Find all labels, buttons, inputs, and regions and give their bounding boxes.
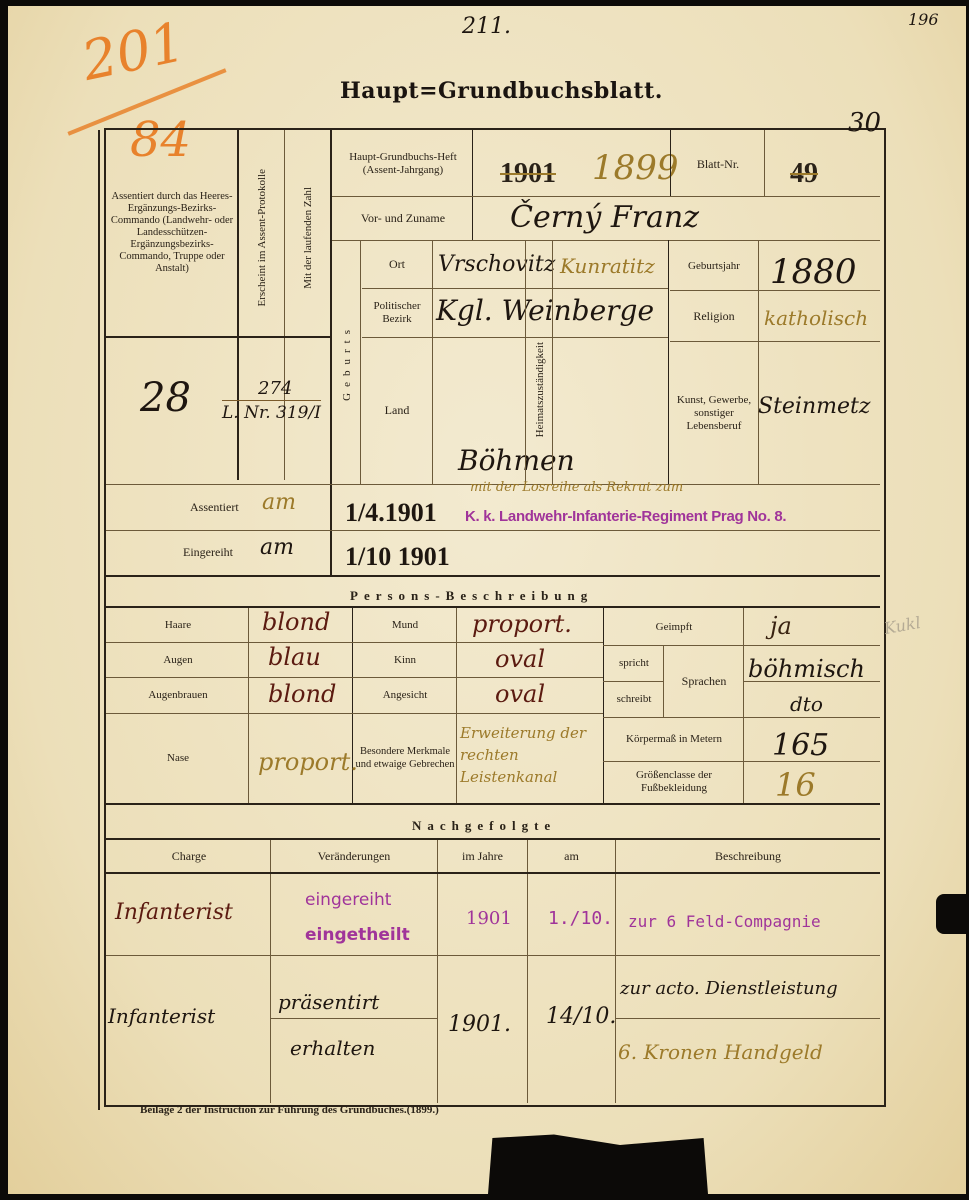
beruf-label: Kunst, Gewerbe, sonstiger Lebensberuf xyxy=(670,343,758,483)
augenbrauen-label: Augenbrauen xyxy=(108,678,248,712)
spricht-label: spricht xyxy=(605,646,663,680)
ort-value: Vrschovitz xyxy=(438,252,555,277)
divider xyxy=(106,803,880,805)
row2-veraenderung-1: präsentirt xyxy=(278,990,379,1014)
geburts-label-cell: Geburts xyxy=(334,245,360,480)
nase-label: Nase xyxy=(108,714,248,802)
assentiert-am: am xyxy=(262,490,296,515)
assentiert-value: 28 xyxy=(140,375,191,421)
row1-veraenderung-1: eingereiht xyxy=(305,890,391,910)
religion-value: katholisch xyxy=(764,306,868,330)
divider xyxy=(670,341,880,342)
row2-jahr: 1901. xyxy=(448,1012,511,1037)
assentiert-label: Assentiert xyxy=(190,500,239,515)
divider xyxy=(270,840,271,1103)
eingereiht-am: am xyxy=(260,535,294,560)
angesicht-label: Angesicht xyxy=(354,678,456,712)
row1-am: 1./10. xyxy=(548,908,613,929)
assentiert-durch-label: Assentiert durch das Heeres-Ergänzungs-B… xyxy=(108,130,236,335)
mund-label: Mund xyxy=(354,608,456,642)
schreibt-label: schreibt xyxy=(605,682,663,716)
divider xyxy=(432,240,433,485)
row1-jahr: 1901 xyxy=(466,908,512,929)
eingereiht-date: 1/10 1901 xyxy=(345,542,450,572)
mund-value: proport. xyxy=(472,610,572,638)
divider xyxy=(362,288,668,289)
column-header-jahr: im Jahre xyxy=(438,840,527,872)
column-header-beschreibung: Beschreibung xyxy=(616,840,880,872)
divider xyxy=(668,240,669,485)
assentiert-date: 1/4.1901 xyxy=(345,498,437,528)
corner-page-number: 196 xyxy=(908,10,939,29)
bezirk-label: Politischer Bezirk xyxy=(362,290,432,336)
spricht-value: böhmisch xyxy=(748,655,865,683)
geburtsjahr-label: Geburtsjahr xyxy=(670,242,758,290)
divider xyxy=(764,130,765,196)
beruf-value: Steinmetz xyxy=(758,394,870,419)
land-value: Böhmen xyxy=(458,444,575,477)
laufende-zahl-label: Mit der laufenden Zahl xyxy=(302,187,314,289)
fuss-label: Größenclasse der Fußbekleidung xyxy=(605,762,743,802)
divider xyxy=(743,681,880,682)
divider xyxy=(527,840,528,1103)
row1-veraenderung-2: eingetheilt xyxy=(305,925,410,945)
divider xyxy=(670,130,671,196)
row2-am: 14/10. xyxy=(546,1004,616,1029)
augenbrauen-value: blond xyxy=(268,680,336,708)
column-header-am: am xyxy=(528,840,615,872)
nachgefolgte-heading: Nachgefolgte xyxy=(412,818,556,834)
torn-edge xyxy=(488,1124,708,1194)
blatt-value-struck: 49 xyxy=(790,158,818,190)
eingereiht-label: Eingereiht xyxy=(183,545,233,560)
row2-beschreibung-1: zur acto. Dienstleistung xyxy=(620,978,838,999)
row2-beschreibung-2: 6. Kronen Handgeld xyxy=(618,1040,823,1064)
divider xyxy=(615,840,616,1103)
frame-left-rule xyxy=(98,130,100,1110)
protokolle-value-bottom: L. Nr. 319/I xyxy=(222,400,321,423)
geburts-label: Geburts xyxy=(341,324,353,401)
divider xyxy=(758,240,759,485)
merkmale-label: Besondere Merkmale und etwaige Gebrechen xyxy=(354,714,456,802)
divider xyxy=(670,290,880,291)
ort-label: Ort xyxy=(362,242,432,287)
persons-heading: Persons-Beschreibung xyxy=(350,588,593,604)
divider xyxy=(456,608,457,803)
divider xyxy=(284,130,285,480)
nase-value: proport. xyxy=(258,748,358,776)
divider xyxy=(106,530,880,531)
heimat-label-cell: Heimatszuständigkeit xyxy=(527,300,552,480)
page-number: 211. xyxy=(462,14,511,39)
divider xyxy=(248,608,249,803)
schreibt-value: dto xyxy=(790,692,823,716)
protokolle-label: Erscheint im Assent-Protokolle xyxy=(256,169,268,306)
fuss-value: 16 xyxy=(775,766,816,804)
kinn-value: oval xyxy=(495,645,545,673)
divider xyxy=(663,645,664,717)
divider xyxy=(472,130,473,240)
row1-charge: Infanterist xyxy=(115,900,233,925)
divider xyxy=(106,336,332,338)
divider xyxy=(743,608,744,803)
divider xyxy=(552,240,553,485)
merkmale-value: Erweiterung der rechten Leistenkanal xyxy=(460,722,600,788)
name-value: Černý Franz xyxy=(510,200,699,235)
divider xyxy=(362,337,668,338)
divider xyxy=(525,240,526,485)
protokolle-value-top: 274 xyxy=(258,378,292,399)
divider xyxy=(332,196,880,197)
haare-label: Haare xyxy=(108,608,248,642)
form-footer: Beilage 2 der Instruction zur Führung de… xyxy=(140,1104,439,1116)
blatt-label: Blatt-Nr. xyxy=(672,132,764,196)
divider xyxy=(106,575,880,577)
divider xyxy=(106,872,880,874)
divider xyxy=(360,240,361,485)
sprachen-label: Sprachen xyxy=(665,646,743,716)
haare-value: blond xyxy=(262,608,330,636)
koerpermass-value: 165 xyxy=(772,728,829,763)
divider xyxy=(237,130,239,480)
divider xyxy=(106,955,880,956)
name-label: Vor- und Zuname xyxy=(334,198,472,238)
page-title: Haupt=Grundbuchsblatt. xyxy=(340,78,663,104)
laufende-zahl-label-cell: Mit der laufenden Zahl xyxy=(286,140,330,335)
heimat-ort-value: Kunratitz xyxy=(560,254,655,278)
geimpft-value: ja xyxy=(770,612,792,640)
divider xyxy=(437,840,438,1103)
divider xyxy=(616,1018,880,1019)
religion-label: Religion xyxy=(670,292,758,340)
heimat-label: Heimatszuständigkeit xyxy=(534,342,546,437)
augen-value: blau xyxy=(268,643,321,671)
divider xyxy=(271,1018,437,1019)
heft-value-struck: 1901 xyxy=(500,158,556,190)
heft-value: 1899 xyxy=(592,148,679,188)
angesicht-value: oval xyxy=(495,680,545,708)
row2-veraenderung-2: erhalten xyxy=(290,1036,375,1060)
koerpermass-label: Körpermaß in Metern xyxy=(605,718,743,760)
blatt-value: 30 xyxy=(848,108,881,138)
geburtsjahr-value: 1880 xyxy=(770,252,857,292)
augen-label: Augen xyxy=(108,643,248,677)
regiment-stamp: K. k. Landwehr-Infanterie-Regiment Prag … xyxy=(465,508,786,525)
column-header-charge: Charge xyxy=(108,840,270,872)
torn-edge xyxy=(936,894,966,934)
row1-beschreibung: zur 6 Feld-Compagnie xyxy=(628,912,821,931)
row2-charge: Infanterist xyxy=(108,1004,215,1028)
column-header-veraenderungen: Veränderungen xyxy=(271,840,437,872)
divider xyxy=(603,608,604,803)
divider xyxy=(332,240,880,241)
kinn-label: Kinn xyxy=(354,643,456,677)
heft-label: Haupt-Grundbuchs-Heft (Assent-Jahrgang) xyxy=(334,132,472,196)
geimpft-label: Geimpft xyxy=(605,608,743,646)
protokolle-label-cell: Erscheint im Assent-Protokolle xyxy=(240,140,284,335)
land-label: Land xyxy=(362,340,432,480)
assentiert-note: mit der Losreihe als Rekrut zum xyxy=(470,480,683,495)
